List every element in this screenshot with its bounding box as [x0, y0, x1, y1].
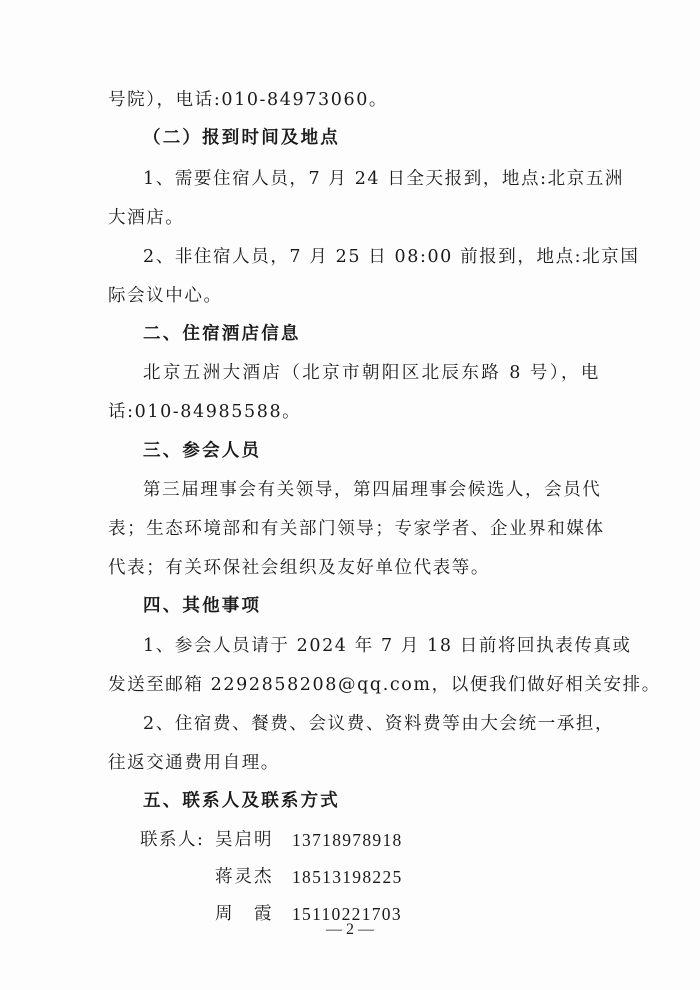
section-heading-other: 四、其他事项 — [143, 594, 600, 618]
text-line-other-1: 1、参会人员请于 2024 年 7 月 18 日前将回执表传真或 — [143, 634, 600, 658]
text-line-phone-continued: 号院），电话:010-84973060。 — [108, 88, 600, 112]
text-line-attendees-3: 代表；有关环保社会组织及友好单位代表等。 — [108, 556, 600, 580]
text-line-other-2: 2、住宿费、餐费、会议费、资料费等由大会统一承担， — [143, 712, 600, 736]
section-heading-hotel: 二、住宿酒店信息 — [143, 322, 600, 346]
contact-name: 吴启明 — [215, 828, 273, 852]
document-page: 号院），电话:010-84973060。 （二）报到时间及地点 1、需要住宿人员… — [0, 0, 700, 990]
section-heading-attendees: 三、参会人员 — [143, 439, 600, 463]
contact-name: 蒋灵杰 — [215, 865, 273, 889]
text-line-registration-2: 2、非住宿人员，7 月 25 日 08:00 前报到，地点:北京国 — [143, 245, 600, 269]
section-heading-contacts: 五、联系人及联系方式 — [143, 789, 600, 813]
page-number: — 2 — — [0, 920, 700, 940]
text-line-other-2-cont: 往返交通费用自理。 — [108, 751, 600, 775]
text-line-registration-1-cont: 大酒店。 — [108, 206, 600, 230]
contact-phone: 18513198225 — [292, 865, 403, 889]
text-line-registration-1: 1、需要住宿人员，7 月 24 日全天报到，地点:北京五洲 — [143, 167, 600, 191]
text-line-registration-2-cont: 际会议中心。 — [108, 284, 600, 308]
contact-label: 联系人: — [140, 828, 212, 852]
text-line-hotel-address: 北京五洲大酒店（北京市朝阳区北辰东路 8 号），电 — [143, 361, 600, 385]
text-line-other-1-email: 发送至邮箱 2292858208@qq.com，以便我们做好相关安排。 — [108, 673, 600, 697]
contact-phone: 13718978918 — [292, 828, 403, 852]
text-line-attendees-2: 表；生态环境部和有关部门领导；专家学者、企业界和媒体 — [108, 517, 600, 541]
subheading-registration: （二）报到时间及地点 — [143, 126, 600, 150]
text-line-hotel-phone: 话:010-84985588。 — [108, 400, 600, 424]
text-line-attendees-1: 第三届理事会有关领导，第四届理事会候选人，会员代 — [143, 478, 600, 502]
